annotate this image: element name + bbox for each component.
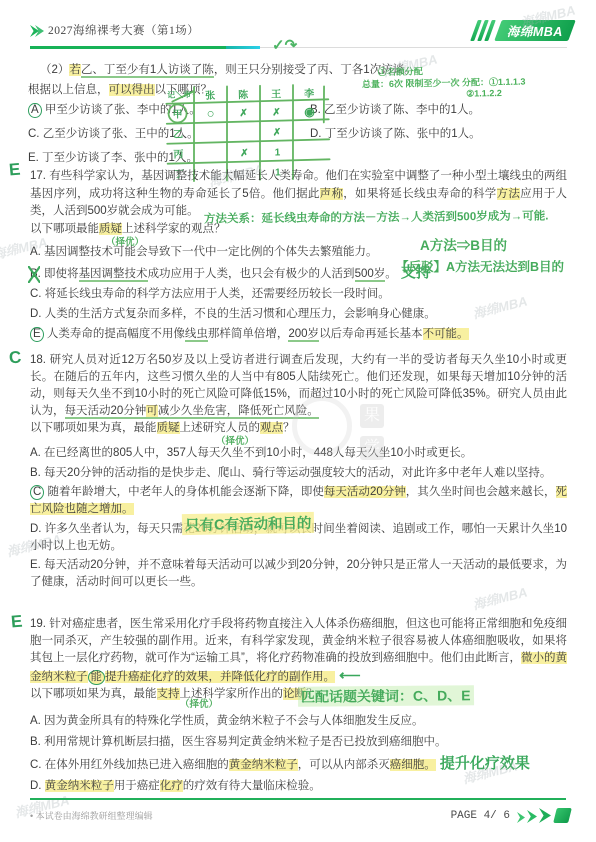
option-b: B. 乙至少访谈了陈、李中的1人。 [310, 100, 480, 120]
handwritten-note-only-c: 只有C有活动和目的 [182, 512, 315, 535]
exam-page: 2027海绵裸考大赛（第1场） 海绵MBA （2）若乙、丁至少有1人访谈了陈，则… [0, 0, 596, 842]
option-a: A. 因为黄金所具有的特殊化学性质，黄金纳米粒子不会与人体细胞发生反应。 [30, 712, 567, 731]
svg-text:张: 张 [205, 89, 215, 102]
page-footer: • 本试卷由海绵教研组整理编辑 PAGE 4/ 6 [30, 808, 570, 823]
double-chevron-icon [30, 25, 44, 37]
footer-divider [30, 798, 566, 800]
svg-text:✗: ✗ [239, 108, 248, 119]
option-a: A. 在已经离世的805人中，357人每天久坐不到10小时，448人每天久坐10… [30, 445, 567, 462]
question-17-block: 17. 有些科学家认为，基因调整技术能大幅延长人类寿命。他们在实验室中调整了一种… [30, 168, 567, 344]
option-b: B. 利用常规计算机断层扫描，医生容易判定黄金纳米粒子是否已投放到癌细胞中。 [30, 733, 567, 752]
question-19-options: A. 因为黄金所具有的特殊化学性质，黄金纳米粒子不会与人体细胞发生反应。 B. … [30, 712, 567, 796]
margin-answer-q17: E [8, 160, 21, 181]
svg-text:李: 李 [303, 87, 314, 100]
svg-text:○: ○ [206, 106, 214, 121]
handwritten-tag-q17: （择优） [106, 234, 144, 252]
svg-text:✗: ✗ [272, 107, 281, 118]
svg-text:甲: 甲 [172, 108, 182, 120]
svg-text:乙: 乙 [173, 128, 183, 140]
question-18-block: 18. 研究人员对近12万名50岁及以上受访者进行调查后发现，大约有一半的受访者… [30, 352, 567, 591]
svg-text:王: 王 [271, 87, 281, 100]
stamp-circle-watermark [292, 396, 352, 456]
svg-text:✗: ✗ [240, 148, 249, 159]
handwritten-note-keywords: 匹配话题关键词：C、D、E [298, 685, 474, 707]
handwritten-tag-q19: （择优） [180, 696, 218, 713]
page-indicator: PAGE 4/ 6 [451, 808, 570, 823]
rule-cyan-segment [226, 46, 260, 49]
svg-text:1: 1 [275, 147, 281, 158]
svg-text:陈: 陈 [238, 88, 249, 101]
brand-logo: 海绵MBA [474, 20, 572, 41]
svg-text:记＼市: 记＼市 [167, 89, 191, 100]
question-19-text: 19. 针对癌症患者，医生常采用化疗手段将药物直接注入人体杀伤癌细胞，但这也可能… [30, 616, 567, 686]
handwritten-note-method: 方法关系：延长线虫寿命的方法－方法→人类活到500岁成为→可能. [204, 207, 549, 226]
handwritten-note-ab: A方法⇒B目的 [420, 234, 507, 254]
option-e: E 人类寿命的提高幅度不用像线虫那样简单倍增，200岁以后寿命再延长基本不可能。 [30, 326, 567, 344]
option-e: E. 每天活动20分钟，并不意味着每天活动可以减少到20分钟，20分钟只是正常人… [30, 557, 567, 591]
page-header: 2027海绵裸考大赛（第1场） 海绵MBA [30, 20, 572, 46]
handwritten-tag-q18: （择优） [216, 433, 254, 450]
handwritten-note-rebut: 【反驳】A方法无法达到B目的 [396, 257, 564, 275]
option-d: D. 丁至少访谈了陈、张中的1人。 [310, 124, 481, 144]
svg-text:◉: ◉ [304, 105, 315, 119]
option-b: B. 每天20分钟的活动指的是快步走、爬山、骑行等运动强度较大的活动，对此许多中… [30, 465, 567, 482]
option-d: D. 人类的生活方式复杂而多样，不良的生活习惯和心理压力，会影响身心健康。 [30, 306, 567, 324]
page-number: PAGE 4/ 6 [451, 810, 510, 822]
margin-answer-q19: E [10, 612, 23, 633]
exam-title: 2027海绵裸考大赛（第1场） [48, 22, 199, 38]
option-c: C. 在体外用红外线加热已进入癌细胞的黄金纳米粒子，可以从内部杀灭癌细胞。 提升… [30, 754, 567, 775]
option-d: D. 黄金纳米粒子用于癌症化疗的疗效有待大量临床检验。 [30, 777, 567, 796]
stamp-tile-watermark: 果 [360, 404, 384, 428]
footer-note: • 本试卷由海绵教研组整理编辑 [30, 809, 153, 822]
handwritten-check-icon: ✓↷ [272, 36, 297, 54]
stamp-tile-watermark: 学 [360, 436, 384, 460]
rule-green-segment [30, 46, 226, 49]
logo-plate: 海绵MBA [494, 20, 576, 41]
chevrons-icon [517, 808, 570, 823]
option-c: C. 将延长线虫寿命的科学方法应用于人类，还需要经历较长一段时间。 [30, 286, 567, 304]
rule-gray-segment [260, 47, 567, 48]
header-rule [30, 46, 567, 49]
svg-text:丙: 丙 [173, 147, 183, 160]
svg-text:✗: ✗ [273, 127, 282, 138]
margin-answer-q18: C [8, 348, 22, 369]
handwritten-note-allocation: ①名额分配 总量：6次 限制至少一次 分配：①1.1.1.3 ②1.1.2.2 [362, 65, 526, 102]
logo-text: 海绵MBA [507, 22, 563, 40]
